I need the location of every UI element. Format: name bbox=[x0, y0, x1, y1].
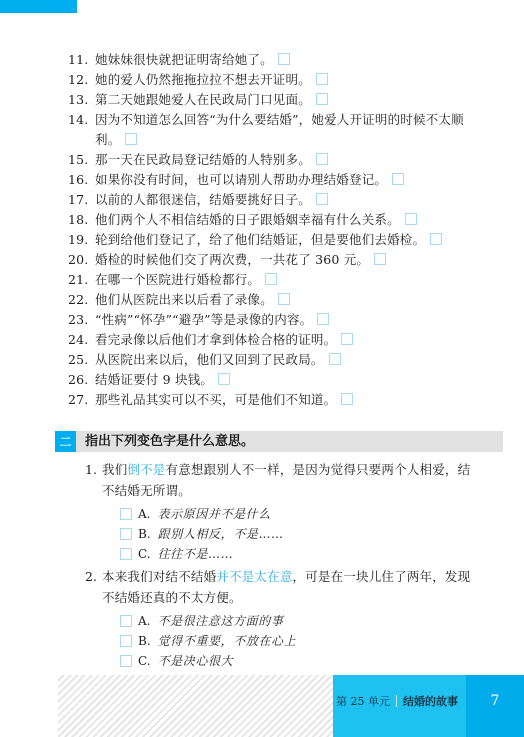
option-item: C. 往往不是…… bbox=[120, 544, 481, 564]
item-text: 如果你没有时间，也可以请别人帮助办理结婚登记。 bbox=[95, 172, 387, 187]
answer-checkbox[interactable] bbox=[341, 393, 353, 405]
item-number: 20. bbox=[68, 250, 88, 270]
checklist: 11. 她妹妹很快就把证明寄给她了。 12. 她的爱人仍然拖拖拉拉不想去开证明。… bbox=[68, 50, 480, 410]
item-text: 以前的人都很迷信，结婚要挑好日子。 bbox=[95, 192, 311, 207]
question-2: 2. 本来我们对结不结婚并不是太在意，可是在一块儿住了两年，发现不结婚还真的不太… bbox=[85, 566, 481, 671]
item-text: 从医院出来以后，他们又回到了民政局。 bbox=[95, 352, 324, 367]
answer-checkbox[interactable] bbox=[430, 233, 442, 245]
option-letter: A. bbox=[138, 611, 150, 632]
answer-checkbox[interactable] bbox=[317, 313, 329, 325]
answer-checkbox[interactable] bbox=[218, 373, 230, 385]
item-text: 在哪一个医院进行婚检都行。 bbox=[95, 272, 260, 287]
option-item: A. 表示原因并不是什么 bbox=[120, 504, 481, 524]
option-checkbox[interactable] bbox=[120, 635, 132, 647]
question-text: 我们倒不是有意想跟别人不一样，是因为觉得只要两个人相爱，结不结婚无所谓。 bbox=[102, 459, 481, 501]
item-text: 婚检的时候他们交了两次费，一共花了 360 元。 bbox=[95, 252, 369, 267]
checklist-item: 16. 如果你没有时间，也可以请别人帮助办理结婚登记。 bbox=[68, 170, 480, 190]
top-accent-bar bbox=[0, 0, 77, 13]
item-number: 23. bbox=[68, 310, 88, 330]
item-text: 他们从医院出来以后看了录像。 bbox=[95, 292, 273, 307]
checklist-item: 17. 以前的人都很迷信，结婚要挑好日子。 bbox=[68, 190, 480, 210]
textbook-page: 11. 她妹妹很快就把证明寄给她了。 12. 她的爱人仍然拖拖拉拉不想去开证明。… bbox=[0, 0, 524, 737]
item-text: 那些礼品其实可以不买，可是他们不知道。 bbox=[95, 392, 336, 407]
item-number: 25. bbox=[68, 350, 88, 370]
item-number: 27. bbox=[68, 390, 88, 410]
option-checkbox[interactable] bbox=[120, 655, 132, 667]
item-number: 16. bbox=[68, 170, 88, 190]
item-number: 11. bbox=[68, 50, 88, 70]
option-checkbox[interactable] bbox=[120, 528, 132, 540]
answer-checkbox[interactable] bbox=[374, 253, 386, 265]
answer-checkbox[interactable] bbox=[265, 273, 277, 285]
answer-checkbox[interactable] bbox=[405, 213, 417, 225]
unit-number-label: 第 25 单元 bbox=[336, 693, 390, 709]
item-number: 13. bbox=[68, 90, 88, 110]
section-header: 二 指出下列变色字是什么意思。 bbox=[55, 431, 503, 452]
checklist-item: 24. 看完录像以后他们才拿到体检合格的证明。 bbox=[68, 330, 480, 350]
item-number: 17. bbox=[68, 190, 88, 210]
checklist-item: 12. 她的爱人仍然拖拖拉拉不想去开证明。 bbox=[68, 70, 480, 90]
option-letter: C. bbox=[138, 544, 151, 565]
option-text: 不是决心很大 bbox=[158, 651, 234, 672]
checklist-item: 25. 从医院出来以后，他们又回到了民政局。 bbox=[68, 350, 480, 370]
unit-divider bbox=[396, 695, 397, 707]
item-text: 因为不知道怎么回答“为什么要结婚”，她爱人开证明的时候不太顺利。 bbox=[95, 112, 464, 147]
answer-checkbox[interactable] bbox=[392, 173, 404, 185]
item-text: 看完录像以后他们才拿到体检合格的证明。 bbox=[95, 332, 336, 347]
item-text: 她的爱人仍然拖拖拉拉不想去开证明。 bbox=[95, 72, 311, 87]
answer-checkbox[interactable] bbox=[316, 193, 328, 205]
answer-checkbox[interactable] bbox=[125, 133, 137, 145]
option-text: 跟别人相反，不是…… bbox=[158, 524, 284, 545]
checklist-item: 13. 第二天她跟她爱人在民政局门口见面。 bbox=[68, 90, 480, 110]
question-number: 1. bbox=[85, 459, 102, 501]
item-number: 22. bbox=[68, 290, 88, 310]
highlighted-phrase: 并不是太在意 bbox=[216, 569, 292, 584]
checklist-item: 21. 在哪一个医院进行婚检都行。 bbox=[68, 270, 480, 290]
unit-title: 结婚的故事 bbox=[403, 693, 458, 709]
option-letter: B. bbox=[138, 524, 151, 545]
answer-checkbox[interactable] bbox=[278, 293, 290, 305]
answer-checkbox[interactable] bbox=[329, 353, 341, 365]
option-text: 表示原因并不是什么 bbox=[157, 504, 270, 525]
footer-page-block: 7 bbox=[466, 675, 524, 737]
section-number-badge: 二 bbox=[55, 431, 76, 452]
item-number: 19. bbox=[68, 230, 88, 250]
checklist-item: 14. 因为不知道怎么回答“为什么要结婚”，她爱人开证明的时候不太顺利。 bbox=[68, 110, 480, 150]
page-footer: 第 25 单元 结婚的故事 7 bbox=[0, 675, 524, 737]
option-text: 往往不是…… bbox=[158, 544, 234, 565]
item-text: 那一天在民政局登记结婚的人特别多。 bbox=[95, 152, 311, 167]
page-number: 7 bbox=[491, 693, 500, 709]
question-number: 2. bbox=[85, 566, 102, 608]
question-2-options: A. 不是很注意这方面的事 B. 觉得不重要，不放在心上 C. 不是决心很大 bbox=[120, 611, 481, 671]
answer-checkbox[interactable] bbox=[341, 333, 353, 345]
checklist-item: 15. 那一天在民政局登记结婚的人特别多。 bbox=[68, 150, 480, 170]
checklist-item: 11. 她妹妹很快就把证明寄给她了。 bbox=[68, 50, 480, 70]
section-title: 指出下列变色字是什么意思。 bbox=[76, 431, 254, 452]
answer-checkbox[interactable] bbox=[316, 73, 328, 85]
checklist-item: 23. “性病”“怀孕”“避孕”等是录像的内容。 bbox=[68, 310, 480, 330]
option-text: 觉得不重要，不放在心上 bbox=[158, 631, 297, 652]
question-1: 1. 我们倒不是有意想跟别人不一样，是因为觉得只要两个人相爱，结不结婚无所谓。 … bbox=[85, 459, 481, 564]
item-text: 第二天她跟她爱人在民政局门口见面。 bbox=[95, 92, 311, 107]
option-text: 不是很注意这方面的事 bbox=[157, 611, 283, 632]
option-item: B. 觉得不重要，不放在心上 bbox=[120, 631, 481, 651]
checklist-item: 20. 婚检的时候他们交了两次费，一共花了 360 元。 bbox=[68, 250, 480, 270]
option-checkbox[interactable] bbox=[120, 508, 132, 520]
footer-unit-block: 第 25 单元 结婚的故事 bbox=[333, 675, 466, 737]
option-letter: A. bbox=[138, 504, 150, 525]
checklist-item: 26. 结婚证要付 9 块钱。 bbox=[68, 370, 480, 390]
highlighted-phrase: 倒不是 bbox=[127, 462, 165, 477]
footer-stripe-pattern bbox=[58, 675, 333, 737]
answer-checkbox[interactable] bbox=[278, 53, 290, 65]
question-text: 本来我们对结不结婚并不是太在意，可是在一块儿住了两年，发现不结婚还真的不太方便。 bbox=[102, 566, 481, 608]
option-item: A. 不是很注意这方面的事 bbox=[120, 611, 481, 631]
answer-checkbox[interactable] bbox=[316, 93, 328, 105]
item-text: 她妹妹很快就把证明寄给她了。 bbox=[95, 52, 273, 67]
option-checkbox[interactable] bbox=[120, 548, 132, 560]
item-text: 轮到给他们登记了，给了他们结婚证，但是要他们去婚检。 bbox=[95, 232, 425, 247]
option-checkbox[interactable] bbox=[120, 615, 132, 627]
footer-left-margin bbox=[0, 675, 58, 737]
checklist-item: 18. 他们两个人不相信结婚的日子跟婚姻幸福有什么关系。 bbox=[68, 210, 480, 230]
item-number: 26. bbox=[68, 370, 88, 390]
question-1-options: A. 表示原因并不是什么 B. 跟别人相反，不是…… C. 往往不是…… bbox=[120, 504, 481, 564]
item-number: 15. bbox=[68, 150, 88, 170]
checklist-item: 19. 轮到给他们登记了，给了他们结婚证，但是要他们去婚检。 bbox=[68, 230, 480, 250]
item-number: 18. bbox=[68, 210, 88, 230]
option-item: C. 不是决心很大 bbox=[120, 651, 481, 671]
item-text: 结婚证要付 9 块钱。 bbox=[95, 372, 213, 387]
item-number: 21. bbox=[68, 270, 88, 290]
option-letter: B. bbox=[138, 631, 151, 652]
item-number: 12. bbox=[68, 70, 88, 90]
item-number: 14. bbox=[68, 110, 88, 150]
item-text: 他们两个人不相信结婚的日子跟婚姻幸福有什么关系。 bbox=[95, 212, 400, 227]
item-number: 24. bbox=[68, 330, 88, 350]
answer-checkbox[interactable] bbox=[316, 153, 328, 165]
option-letter: C. bbox=[138, 651, 151, 672]
checklist-item: 22. 他们从医院出来以后看了录像。 bbox=[68, 290, 480, 310]
checklist-item: 27. 那些礼品其实可以不买，可是他们不知道。 bbox=[68, 390, 480, 410]
option-item: B. 跟别人相反，不是…… bbox=[120, 524, 481, 544]
item-text: “性病”“怀孕”“避孕”等是录像的内容。 bbox=[95, 312, 312, 327]
